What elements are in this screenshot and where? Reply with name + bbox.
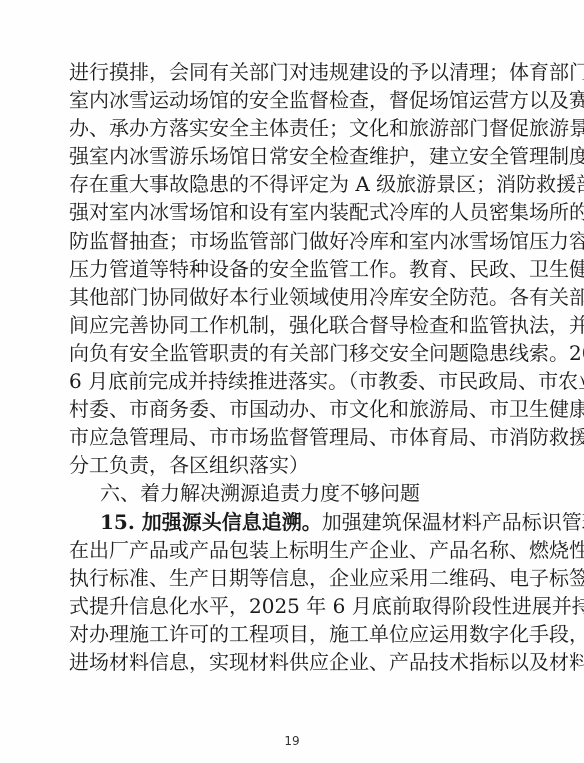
text-line: 办、承办方落实安全主体责任；文化和旅游部门督促旅游景区加 — [69, 114, 515, 142]
body-text: 进行摸排，会同有关部门对违规建设的予以清理；体育部门加强 室内冰雪运动场馆的安全… — [69, 58, 515, 676]
item-15-first-line: 15. 加强源头信息追溯。加强建筑保温材料产品标识管理， — [69, 508, 515, 536]
text-line: 其他部门协同做好本行业领域使用冷库安全防范。各有关部门之 — [69, 283, 515, 311]
item-15-first-line-text: 加强建筑保温材料产品标识管理， — [322, 510, 584, 534]
text-line: 防监督抽查；市场监管部门做好冷库和室内冰雪场馆压力容器、 — [69, 227, 515, 255]
text-line: 市应急管理局、市市场监督管理局、市体育局、市消防救援局等 — [69, 423, 515, 451]
text-line: 进行摸排，会同有关部门对违规建设的予以清理；体育部门加强 — [69, 58, 515, 86]
section-heading: 六、着力解决溯源追责力度不够问题 — [69, 479, 515, 507]
text-line: 强对室内冰雪场馆和设有室内装配式冷库的人员密集场所的消 — [69, 198, 515, 226]
text-line: 6 月底前完成并持续推进落实。（市教委、市民政局、市农业农 — [69, 367, 515, 395]
text-line: 压力管道等特种设备的安全监管工作。教育、民政、卫生健康等 — [69, 255, 515, 283]
text-line: 村委、市商务委、市国动办、市文化和旅游局、市卫生健康委、 — [69, 395, 515, 423]
text-line: 对办理施工许可的工程项目，施工单位应运用数字化手段，记录 — [69, 620, 515, 648]
text-line: 分工负责，各区组织落实） — [69, 451, 515, 479]
page-number: 19 — [0, 734, 584, 748]
text-line: 在出厂产品或产品包装上标明生产企业、产品名称、燃烧性能、 — [69, 536, 515, 564]
text-line: 间应完善协同工作机制，强化联合督导检查和监管执法，并及时 — [69, 311, 515, 339]
text-line: 室内冰雪运动场馆的安全监督检查，督促场馆运营方以及赛事主 — [69, 86, 515, 114]
text-line: 式提升信息化水平，2025 年 6 月底前取得阶段性进展并持续推进。 — [69, 592, 515, 620]
text-line: 执行标准、生产日期等信息，企业应采用二维码、电子标签等方 — [69, 564, 515, 592]
text-line: 强室内冰雪游乐场馆日常安全检查维护，建立安全管理制度，对 — [69, 142, 515, 170]
text-line: 存在重大事故隐患的不得评定为 A 级旅游景区；消防救援部门加 — [69, 170, 515, 198]
document-page: 进行摸排，会同有关部门对违规建设的予以清理；体育部门加强 室内冰雪运动场馆的安全… — [0, 0, 584, 763]
text-line: 向负有安全监管职责的有关部门移交安全问题隐患线索。2025 年 — [69, 339, 515, 367]
text-line: 进场材料信息，实现材料供应企业、产品技术指标以及材料进场、 — [69, 648, 515, 676]
item-15-title: 15. 加强源头信息追溯。 — [100, 510, 322, 534]
